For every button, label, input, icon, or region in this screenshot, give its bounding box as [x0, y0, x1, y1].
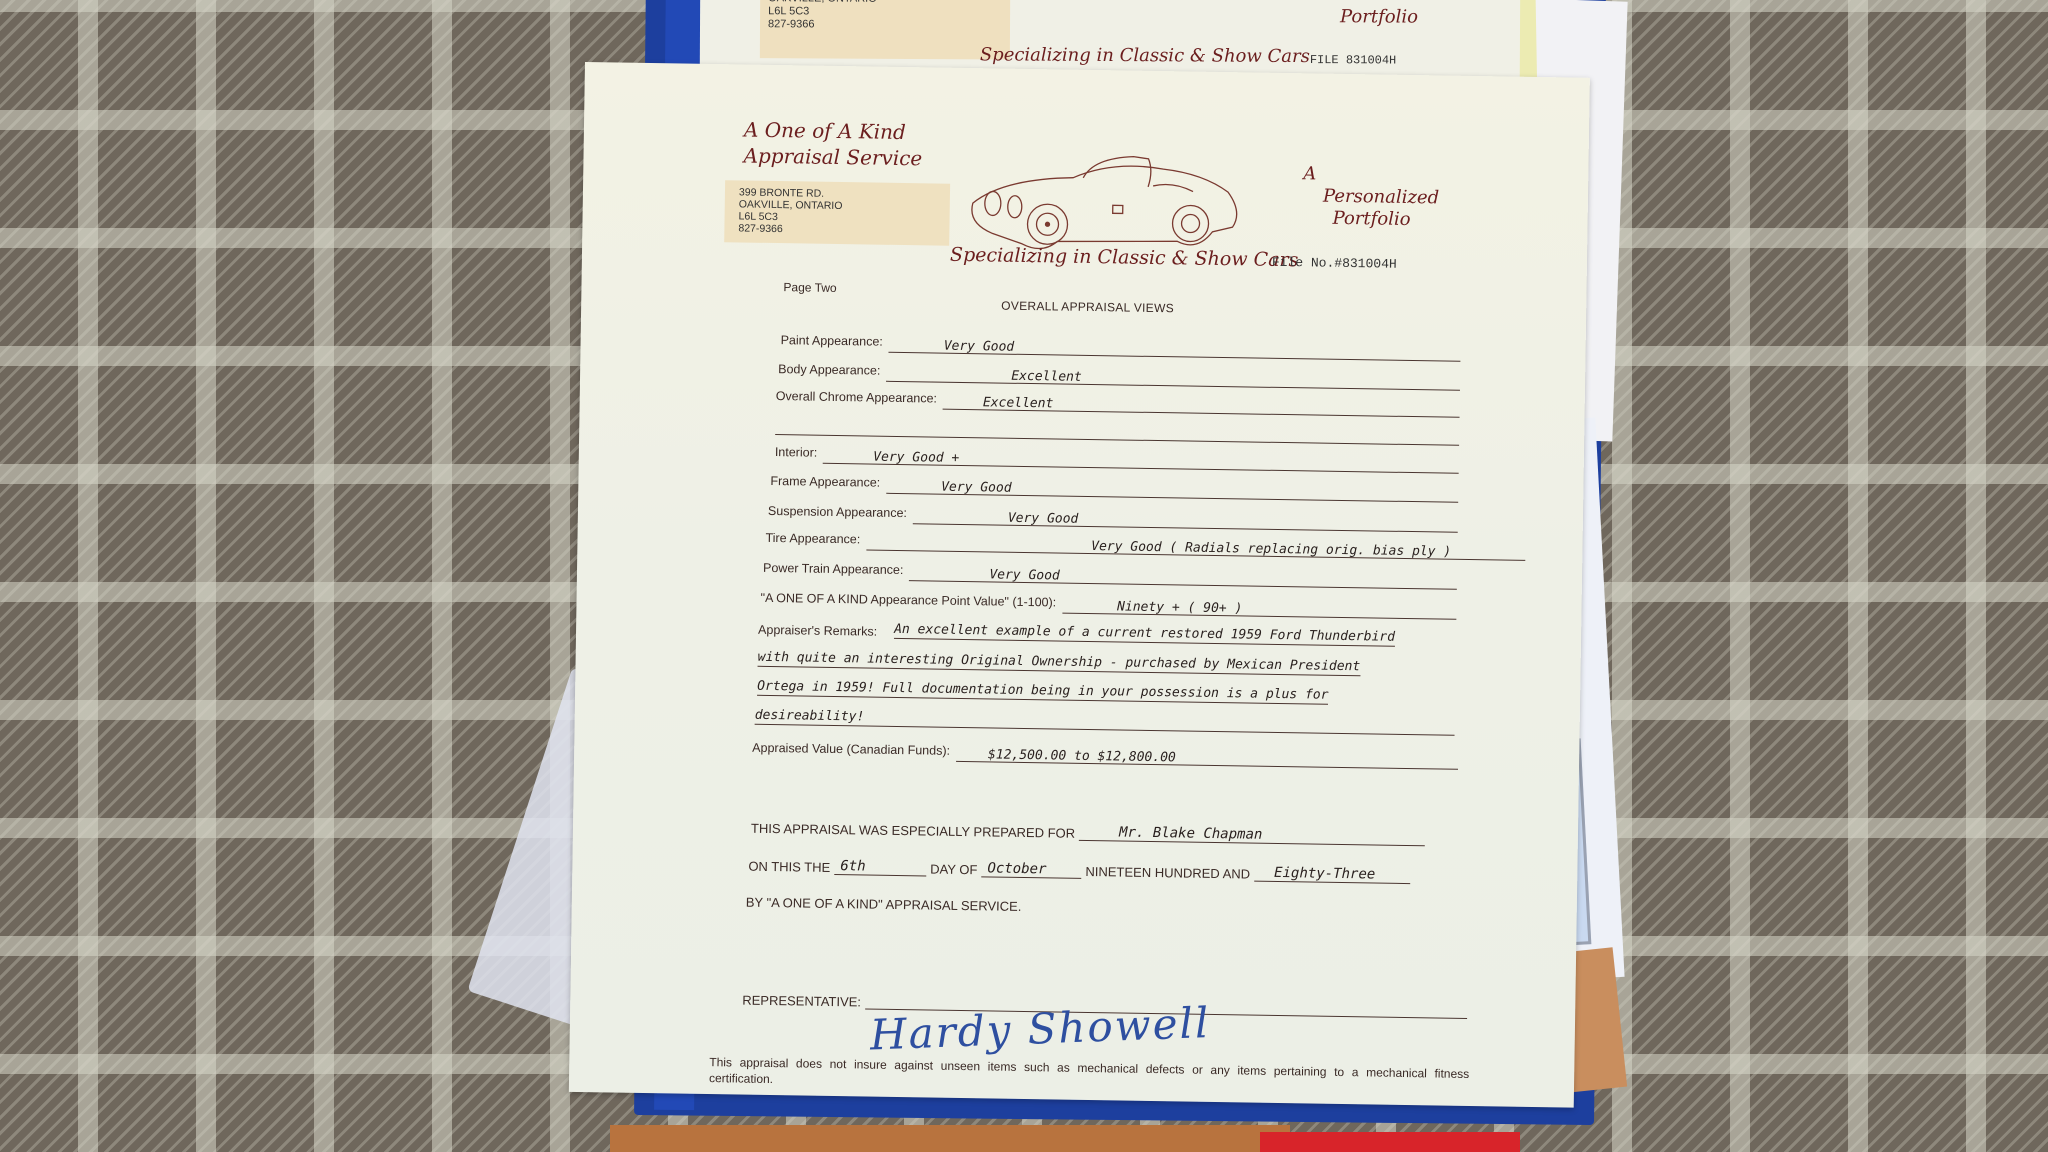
field-label: Overall Chrome Appearance:: [776, 389, 937, 410]
field-label: Frame Appearance:: [770, 474, 880, 494]
prepared-for-label: THIS APPRAISAL WAS ESPECIALLY PREPARED F…: [751, 821, 1075, 841]
back-slogan: Specializing in Classic & Show Cars: [980, 44, 1310, 67]
field-value: Very Good +: [873, 450, 959, 466]
remarks-line-2: with quite an interesting Original Owner…: [758, 650, 1361, 676]
field-label: Power Train Appearance:: [763, 561, 904, 581]
address-box: 399 BRONTE RD. OAKVILLE, ONTARIO L6L 5C3…: [724, 180, 950, 246]
on-this-the-label: ON THIS THE: [748, 859, 830, 875]
by-line: BY "A ONE OF A KIND" APPRAISAL SERVICE.: [746, 895, 1022, 914]
field-paint: Paint Appearance: Very Good: [780, 327, 1460, 362]
back-address-box: OAKVILLE, ONTARIO L6L 5C3 827-9366: [760, 0, 1010, 59]
prepared-for-row: THIS APPRAISAL WAS ESPECIALLY PREPARED F…: [751, 819, 1429, 847]
company-name: A One of A Kind Appraisal Service: [743, 117, 922, 172]
field-label: Paint Appearance:: [780, 333, 882, 353]
back-portfolio: Portfolio: [1340, 6, 1418, 27]
portfolio-line: Personalized: [1303, 185, 1439, 209]
field-appraised-value: Appraised Value (Canadian Funds): $12,50…: [752, 735, 1458, 770]
field-value: Ninety + ( 90+ ): [1117, 599, 1242, 616]
prepared-for-name: Mr. Blake Chapman: [1079, 824, 1425, 846]
field-label: Interior:: [775, 445, 818, 464]
address-line: 827-9366: [768, 18, 1002, 32]
personalized-portfolio: A Personalized Portfolio: [1302, 163, 1439, 231]
back-file-no: FILE 831004H: [1310, 53, 1396, 67]
disclaimer: This appraisal does not insure against u…: [709, 1054, 1469, 1098]
file-number: File No.#831004H: [1272, 255, 1397, 272]
red-folder: [1260, 1132, 1520, 1152]
representative-label: REPRESENTATIVE:: [742, 993, 861, 1010]
field-value: Very Good: [944, 339, 1015, 355]
appraised-value: $12,500.00 to $12,800.00: [988, 747, 1176, 765]
field-label: Suspension Appearance:: [768, 504, 907, 524]
remarks-line-3: Ortega in 1959! Full documentation being…: [757, 679, 1329, 705]
portfolio-line: A: [1303, 163, 1439, 187]
field-label: Appraised Value (Canadian Funds):: [752, 741, 950, 762]
section-title: OVERALL APPRAISAL VIEWS: [1001, 299, 1174, 316]
field-value: Very Good: [989, 567, 1060, 583]
orange-folder: [610, 1125, 1290, 1152]
year-value: Eighty-Three: [1254, 865, 1410, 884]
slogan: Specializing in Classic & Show Cars: [950, 244, 1299, 271]
field-label: Tire Appearance:: [765, 531, 860, 550]
remarks-label: Appraiser's Remarks:: [758, 623, 877, 643]
field-label: "A ONE OF A KIND Appearance Point Value"…: [760, 591, 1056, 614]
field-point-value: "A ONE OF A KIND Appearance Point Value"…: [760, 585, 1456, 620]
company-line-2: Appraisal Service: [743, 143, 922, 172]
field-label: Body Appearance:: [778, 362, 880, 382]
date-row: ON THIS THE 6th DAY OF October NINETEEN …: [748, 857, 1414, 884]
field-value: Excellent: [1011, 369, 1082, 385]
field-value: Very Good: [941, 480, 1012, 496]
remarks-line-4: desireability!: [755, 708, 1455, 736]
field-interior: Interior: Very Good +: [775, 439, 1459, 474]
field-value: Very Good: [1008, 511, 1079, 527]
field-value: Excellent: [983, 395, 1054, 411]
month-value: October: [981, 860, 1081, 879]
page-label: Page Two: [783, 280, 836, 295]
field-frame: Frame Appearance: Very Good: [770, 468, 1458, 503]
phone-number: 827-9366: [738, 222, 935, 237]
remarks-line-1: An excellent example of a current restor…: [894, 622, 1395, 647]
portfolio-line: Portfolio: [1302, 207, 1438, 231]
day-of-label: DAY OF: [930, 862, 977, 878]
company-line-1: A One of A Kind: [744, 117, 923, 146]
year-label: NINETEEN HUNDRED AND: [1085, 864, 1250, 882]
day-value: 6th: [834, 858, 926, 876]
field-power-train: Power Train Appearance: Very Good: [763, 555, 1457, 590]
appraisal-page: A One of A Kind Appraisal Service 399 BR…: [569, 62, 1590, 1108]
address-line: L6L 5C3: [768, 5, 1002, 19]
field-value: Very Good ( Radials replacing orig. bias…: [1091, 539, 1451, 560]
